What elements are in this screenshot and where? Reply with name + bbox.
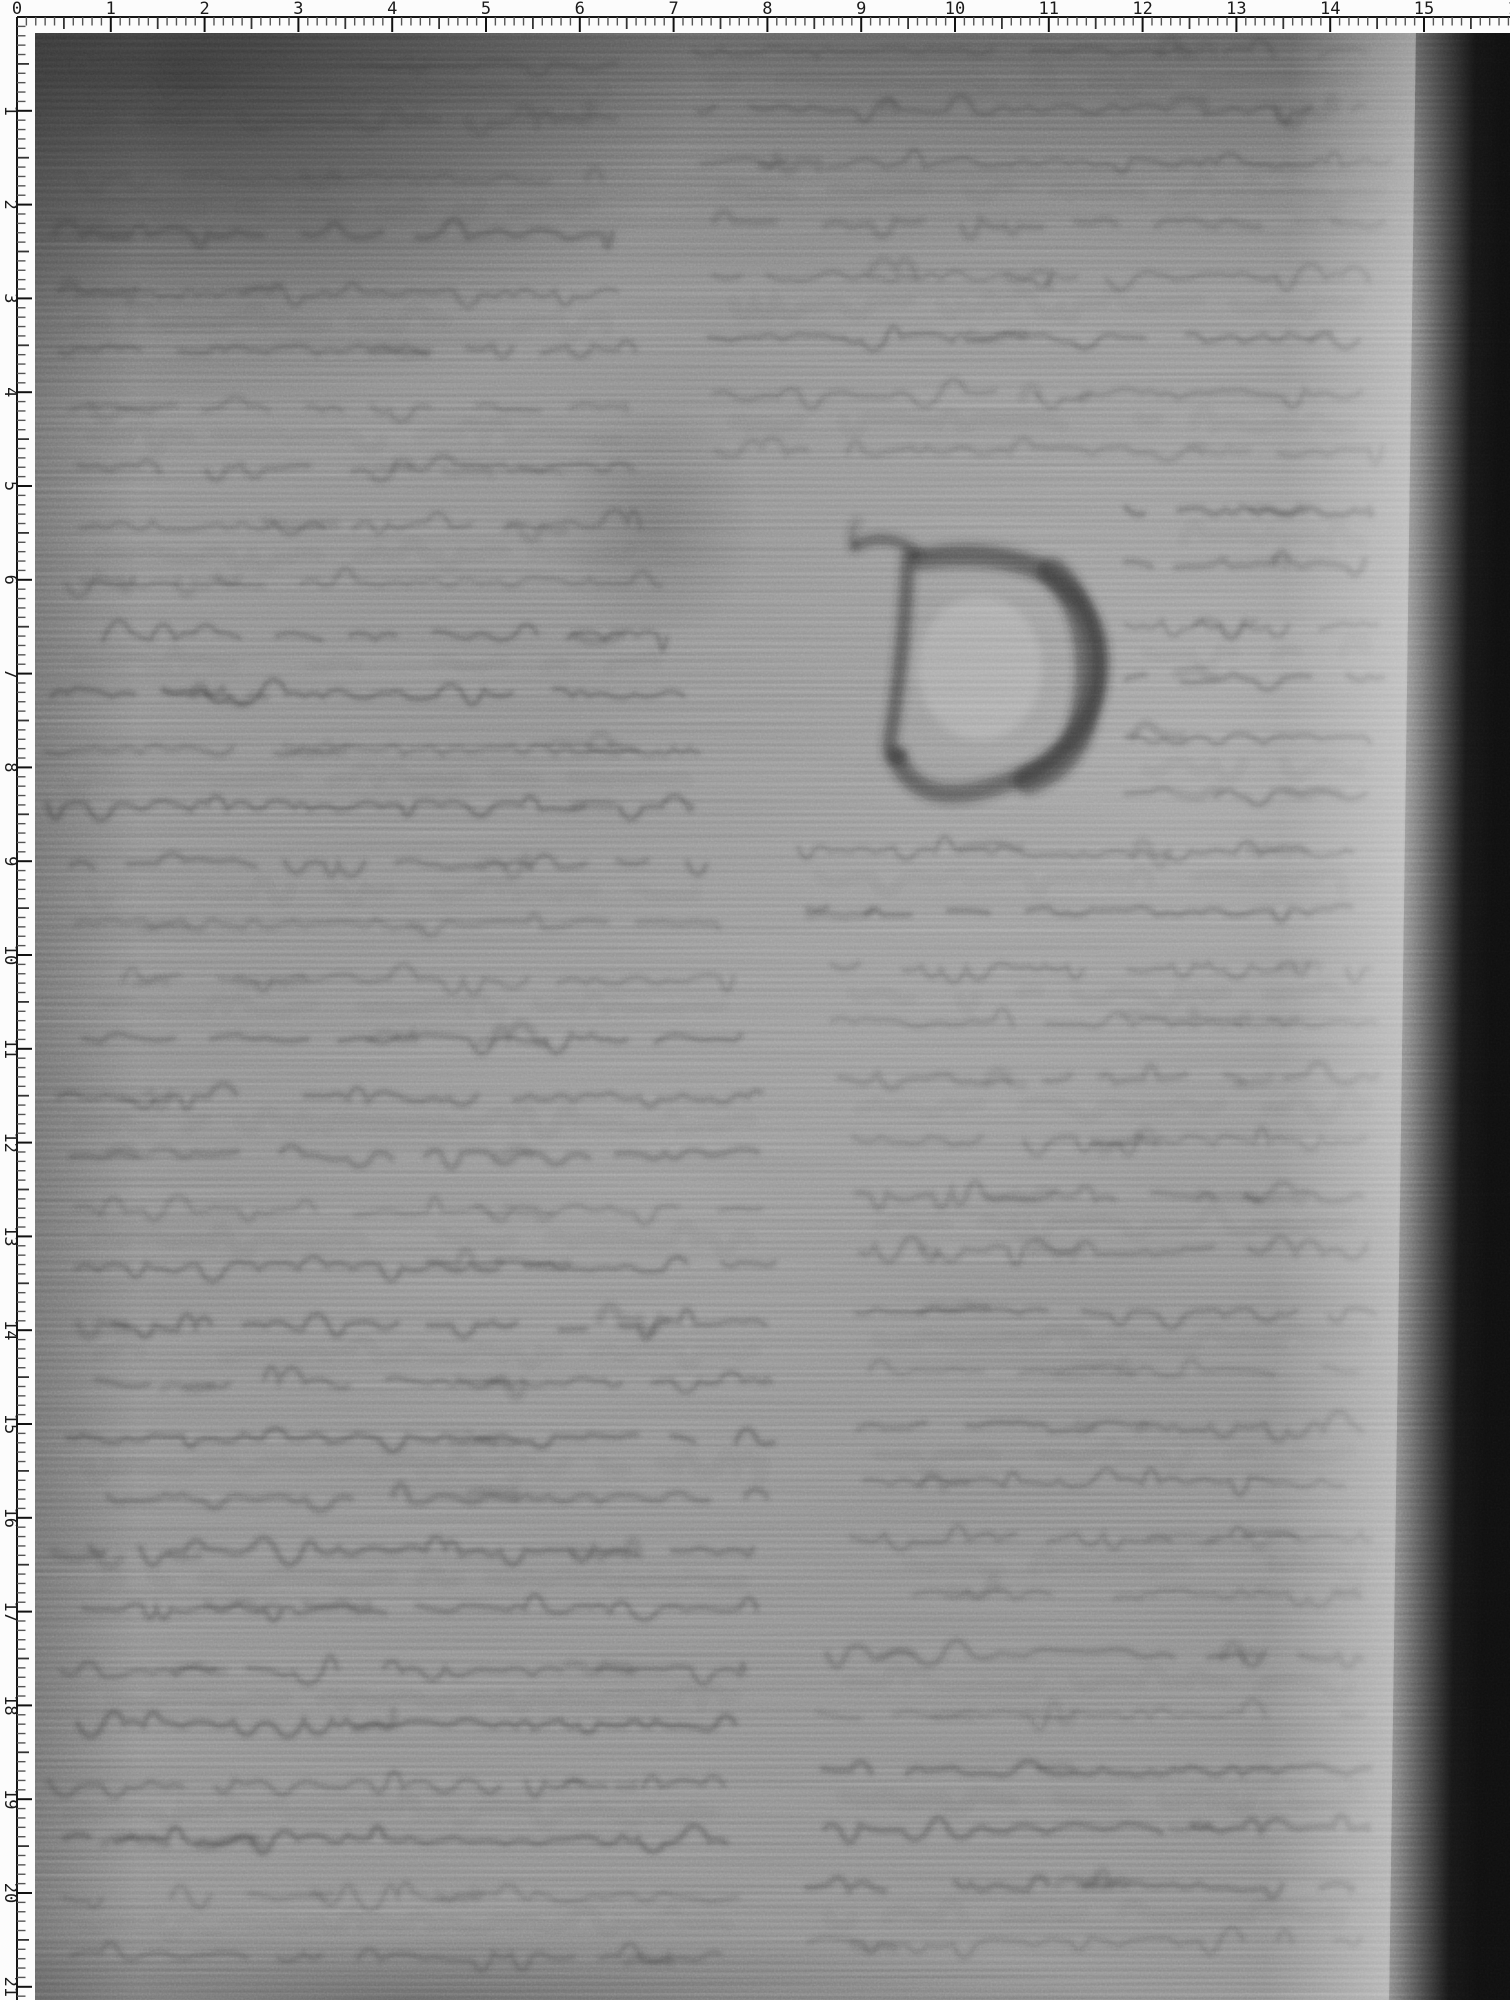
script-line: [68, 1428, 773, 1451]
script-word-emphasis: [1039, 1766, 1075, 1771]
script-line: [79, 456, 633, 481]
faded-text-columns: [46, 38, 1390, 1971]
script-word-emphasis: [1312, 333, 1332, 338]
script-word-emphasis: [314, 1892, 331, 1896]
script-line: [714, 379, 1361, 409]
ruler-number: 14: [0, 1320, 20, 1340]
ruler-number: 13: [1226, 0, 1246, 19]
script-line: [1126, 552, 1365, 575]
ruler-number: 1: [0, 106, 20, 116]
script-line: [825, 1816, 1368, 1842]
ruler-number: 7: [668, 0, 678, 19]
ruler-number: 9: [0, 856, 20, 866]
script-ghost-line: [101, 543, 630, 569]
script-line: [81, 510, 640, 534]
script-word-emphasis: [479, 856, 530, 876]
script-word-emphasis: [140, 922, 188, 929]
script-line: [702, 150, 1391, 173]
script-line: [852, 1526, 1371, 1550]
initial-letter-wing-tip: [852, 521, 858, 549]
script-line: [72, 398, 627, 422]
script-word-emphasis: [304, 173, 339, 185]
script-line: [84, 1034, 741, 1054]
ruler-number: 21: [0, 1977, 20, 1997]
ruler-number: 10: [0, 945, 20, 965]
script-word-emphasis: [626, 1956, 670, 1963]
script-ghost-line: [112, 1688, 735, 1707]
script-line: [114, 1309, 766, 1338]
gutter-shadow: [1387, 0, 1510, 2000]
script-ghost-line: [852, 985, 1359, 1009]
script-word-emphasis: [439, 1893, 480, 1900]
script-line: [818, 1699, 1363, 1730]
ruler-number: 14: [1320, 0, 1340, 19]
ruler-number: 15: [1414, 0, 1434, 19]
initial-letter-wing: [854, 539, 918, 552]
script-word-emphasis: [935, 1713, 972, 1718]
script-word-emphasis: [1297, 217, 1339, 222]
initial-letter-D: [852, 521, 1101, 794]
script-word-emphasis: [599, 1306, 666, 1332]
script-line: [807, 1877, 1352, 1896]
script-ghost-line: [92, 423, 617, 449]
script-word-emphasis: [488, 1381, 524, 1397]
script-word-emphasis: [853, 1944, 894, 1949]
script-word-emphasis: [163, 1384, 211, 1391]
film-grain: [35, 33, 1510, 2000]
ruler-number: 6: [0, 575, 20, 585]
ruler-number: 4: [0, 387, 20, 397]
script-word-emphasis: [574, 804, 612, 807]
ruler-number: 20: [0, 1883, 20, 1903]
script-word-emphasis: [1057, 1361, 1130, 1375]
ruler-top-background: [0, 0, 1510, 33]
script-word-emphasis: [207, 1603, 279, 1610]
ruler-left-background: [0, 0, 35, 2000]
ruler-number: 0: [12, 0, 22, 19]
script-line: [832, 1009, 1377, 1027]
script-ghost-line: [91, 880, 696, 904]
initial-letter-bowl-shade: [1028, 572, 1090, 780]
script-line: [694, 40, 1365, 57]
script-word-emphasis: [1248, 1196, 1306, 1202]
script-word-emphasis: [121, 1094, 170, 1107]
script-line: [60, 341, 635, 357]
script-line: [81, 167, 603, 192]
script-word-emphasis: [376, 459, 411, 470]
script-word-emphasis: [1238, 1076, 1270, 1084]
script-line: [1126, 734, 1370, 743]
script-line: [809, 1927, 1360, 1957]
manuscript-photo: 012345678910111213141516 123456789101112…: [0, 0, 1510, 2000]
script-word-emphasis: [372, 349, 428, 354]
script-line: [77, 1257, 775, 1281]
film-grain-light: [35, 33, 1510, 2000]
script-ghost-line: [66, 768, 688, 792]
script-line: [798, 837, 1352, 861]
script-word-emphasis: [364, 62, 427, 73]
script-line: [78, 1712, 735, 1737]
script-ghost-line: [76, 652, 657, 669]
script-ghost-line: [94, 82, 606, 107]
script-word-emphasis: [1172, 1823, 1209, 1830]
script-word-emphasis: [1337, 1591, 1359, 1596]
script-word-emphasis: [200, 1838, 263, 1846]
script-word-emphasis: [920, 1248, 938, 1255]
ruler-number: 19: [0, 1789, 20, 1809]
script-word-emphasis: [959, 843, 1020, 850]
initial-letter-bowl: [896, 557, 1100, 794]
ruler-number: 4: [387, 0, 397, 19]
script-word-emphasis: [566, 1780, 634, 1787]
script-line: [103, 621, 667, 651]
script-word-emphasis: [1150, 1536, 1218, 1543]
script-word-emphasis: [479, 1024, 546, 1044]
photo-texture-layer: [0, 0, 1510, 2000]
ruler-number: 12: [0, 1132, 20, 1152]
ruler-number: 6: [575, 0, 585, 19]
script-line: [914, 1590, 1359, 1607]
script-word-emphasis: [880, 1650, 913, 1655]
script-ghost-line: [88, 1455, 763, 1479]
script-word-emphasis: [355, 1710, 394, 1729]
script-line: [108, 1484, 767, 1511]
script-ghost-line: [1146, 762, 1360, 779]
ruler-number: 3: [0, 293, 20, 303]
ruler-number: 16: [0, 1508, 20, 1528]
script-word-emphasis: [1133, 840, 1170, 865]
script-ghost-line: [878, 1444, 1351, 1467]
script-line: [74, 57, 616, 76]
script-line: [64, 1883, 737, 1911]
script-word-emphasis: [500, 1261, 568, 1267]
ruler-number: 18: [0, 1695, 20, 1715]
script-ghost-line: [734, 410, 1351, 432]
script-word-emphasis: [1056, 1879, 1126, 1886]
script-line: [714, 212, 1383, 238]
script-word-emphasis: [193, 685, 266, 704]
script-word-emphasis: [574, 635, 622, 643]
script-word-emphasis: [473, 1438, 517, 1444]
script-line: [65, 1826, 726, 1853]
ruler-number: 17: [0, 1601, 20, 1621]
script-word-emphasis: [1190, 446, 1247, 453]
script-word-emphasis: [505, 525, 565, 540]
script-word-emphasis: [1079, 1870, 1110, 1886]
script-line: [861, 1237, 1366, 1265]
script-line: [823, 1761, 1369, 1775]
script-word-emphasis: [451, 1441, 495, 1445]
script-ghost-line: [1184, 525, 1363, 543]
script-line: [62, 1656, 745, 1684]
initial-letter-hairline: [918, 547, 1044, 560]
script-line: [709, 327, 1359, 350]
script-ghost-line: [104, 1571, 743, 1585]
ruler-number: 8: [762, 0, 772, 19]
script-word-emphasis: [1160, 38, 1214, 55]
script-ghost-line: [1146, 638, 1367, 667]
script-ghost-line: [101, 202, 593, 219]
ruler-number: 5: [0, 481, 20, 491]
script-line: [870, 1359, 1357, 1376]
script-line: [1126, 621, 1377, 640]
script-word-emphasis: [478, 1207, 552, 1219]
script-word-emphasis: [458, 1377, 506, 1383]
script-word-emphasis: [265, 521, 335, 527]
script-line: [75, 1195, 761, 1224]
script-line: [49, 1771, 724, 1797]
script-word-emphasis: [1196, 620, 1255, 634]
script-word-emphasis: [1281, 963, 1319, 969]
script-word-emphasis: [54, 1552, 120, 1566]
script-ghost-line: [827, 1900, 1342, 1927]
script-word-emphasis: [1199, 1193, 1258, 1200]
script-word-emphasis: [243, 288, 278, 291]
script-ghost-line: [818, 869, 1342, 893]
script-word-emphasis: [287, 745, 345, 754]
ruler-number: 13: [0, 1226, 20, 1246]
script-word-emphasis: [1197, 1015, 1247, 1025]
script-line: [58, 1084, 761, 1109]
script-word-emphasis: [1222, 1644, 1257, 1658]
ruler-number: 5: [481, 0, 491, 19]
script-line: [47, 796, 692, 821]
script-line: [72, 1942, 720, 1970]
script-ghost-line: [909, 1554, 1361, 1579]
script-line: [71, 1146, 757, 1168]
manuscript-script-layer: [0, 0, 1510, 2000]
script-word-emphasis: [83, 576, 132, 591]
script-word-emphasis: [970, 333, 1024, 339]
script-word-emphasis: [109, 1148, 168, 1155]
script-word-emphasis: [91, 404, 153, 420]
script-ghost-line: [843, 1787, 1359, 1812]
script-word-emphasis: [78, 1322, 125, 1337]
script-word-emphasis: [588, 734, 636, 751]
script-word-emphasis: [87, 226, 125, 232]
script-word-emphasis: [762, 159, 820, 170]
script-word-emphasis: [1279, 97, 1336, 124]
script-word-emphasis: [306, 1602, 369, 1608]
ruler-number: 15: [0, 1414, 20, 1434]
script-line: [54, 219, 612, 247]
script-word-emphasis: [548, 742, 618, 750]
script-word-emphasis: [1177, 670, 1215, 677]
script-word-emphasis: [136, 979, 166, 983]
script-ghost-line: [103, 993, 724, 1012]
script-ghost-line: [877, 1327, 1365, 1346]
script-line: [832, 962, 1369, 982]
script-word-emphasis: [370, 1034, 416, 1041]
ruler-number: 3: [293, 0, 303, 19]
script-word-emphasis: [1273, 560, 1286, 565]
script-word-emphasis: [1024, 1701, 1074, 1724]
script-word-emphasis: [1007, 272, 1050, 286]
script-word-emphasis: [1251, 507, 1305, 513]
script-ghost-line: [722, 177, 1381, 203]
ruler-number: 2: [199, 0, 209, 19]
script-word-emphasis: [174, 1666, 224, 1672]
script-line: [77, 915, 718, 935]
script-word-emphasis: [1288, 791, 1340, 796]
ruler-left: 123456789101112131415161718192021: [0, 17, 32, 2000]
script-word-emphasis: [870, 259, 917, 277]
script-word-emphasis: [987, 1071, 1023, 1085]
script-line: [58, 283, 617, 306]
script-ghost-line: [98, 1340, 755, 1365]
ruler-number: 11: [0, 1039, 20, 1059]
ruler-number: 7: [0, 668, 20, 678]
script-word-emphasis: [524, 103, 592, 121]
script-word-emphasis: [429, 1250, 501, 1266]
script-ghost-line: [714, 67, 1355, 95]
laid-line-streaks: [35, 33, 1510, 2000]
script-word-emphasis: [1123, 1010, 1195, 1024]
script-ghost-line: [78, 1110, 751, 1133]
script-word-emphasis: [883, 101, 895, 112]
script-line: [52, 679, 684, 704]
ruler-number: 11: [1039, 0, 1059, 19]
script-word-emphasis: [237, 979, 304, 984]
script-line: [864, 1469, 1343, 1496]
script-word-emphasis: [496, 1149, 530, 1156]
script-line: [1126, 788, 1366, 805]
script-word-emphasis: [1094, 1130, 1157, 1152]
script-word-emphasis: [104, 1836, 168, 1845]
initial-letter-stem: [890, 556, 908, 758]
script-word-emphasis: [412, 925, 424, 928]
script-word-emphasis: [1133, 724, 1183, 738]
ruler-number: 9: [856, 0, 866, 19]
initial-letter-counter: [918, 596, 1042, 740]
script-ghost-line: [69, 1797, 714, 1824]
script-line: [713, 264, 1368, 290]
script-word-emphasis: [470, 1491, 516, 1499]
script-word-emphasis: [1172, 98, 1205, 110]
script-line: [71, 853, 706, 876]
script-ghost-line: [84, 1908, 727, 1936]
ruler-number: 12: [1132, 0, 1152, 19]
script-ghost-line: [860, 1094, 1367, 1119]
script-word-emphasis: [1023, 387, 1089, 399]
script-word-emphasis: [951, 1578, 998, 1596]
ruler-number: 2: [0, 199, 20, 209]
parchment-page: [35, 33, 1510, 2000]
script-line: [858, 1412, 1361, 1441]
ruler-number: 8: [0, 762, 20, 772]
script-line: [827, 1641, 1362, 1667]
script-word-emphasis: [168, 1552, 199, 1558]
ruler-number: 1: [106, 0, 116, 19]
script-line: [807, 906, 1350, 922]
script-word-emphasis: [988, 1191, 1052, 1198]
script-line: [84, 1594, 757, 1621]
script-line: [840, 1063, 1377, 1088]
script-line: [1126, 507, 1372, 515]
script-ghost-line: [847, 1667, 1352, 1697]
script-word-emphasis: [573, 1540, 640, 1557]
measurement-rulers: 012345678910111213141516 123456789101112…: [0, 0, 1510, 2000]
script-word-emphasis: [444, 469, 491, 475]
ruler-top: 012345678910111213141516: [12, 0, 1510, 32]
script-word-emphasis: [63, 280, 136, 300]
page-fold-highlight: [1265, 33, 1416, 2000]
script-word-emphasis: [456, 1435, 468, 1438]
script-ghost-line: [733, 292, 1358, 318]
script-line: [699, 96, 1364, 124]
script-word-emphasis: [566, 1664, 633, 1672]
script-word-emphasis: [1249, 848, 1304, 854]
script-word-emphasis: [920, 1305, 987, 1312]
script-word-emphasis: [1100, 1138, 1145, 1145]
script-word-emphasis: [1240, 1019, 1296, 1025]
script-line: [717, 438, 1383, 464]
script-word-emphasis: [1174, 790, 1220, 797]
script-word-emphasis: [163, 688, 224, 697]
script-line: [66, 568, 661, 596]
script-word-emphasis: [809, 911, 873, 917]
script-word-emphasis: [921, 1475, 966, 1488]
script-ghost-line: [95, 1225, 751, 1252]
script-line: [857, 1307, 1375, 1329]
script-line: [1126, 674, 1383, 689]
script-line: [46, 745, 698, 755]
script-line: [90, 1537, 752, 1565]
script-line: [97, 1367, 771, 1392]
script-line: [123, 964, 734, 994]
script-word-emphasis: [520, 467, 561, 474]
script-line: [854, 1128, 1365, 1155]
ruler-number: 10: [945, 0, 965, 19]
script-ghost-line: [78, 307, 607, 334]
script-word-emphasis: [1032, 1248, 1081, 1255]
script-word-emphasis: [178, 578, 238, 595]
script-line: [857, 1181, 1362, 1208]
script-word-emphasis: [1079, 1424, 1147, 1431]
script-ghost-line: [877, 1209, 1352, 1238]
script-line: [86, 106, 615, 135]
script-word-emphasis: [1233, 1533, 1298, 1547]
